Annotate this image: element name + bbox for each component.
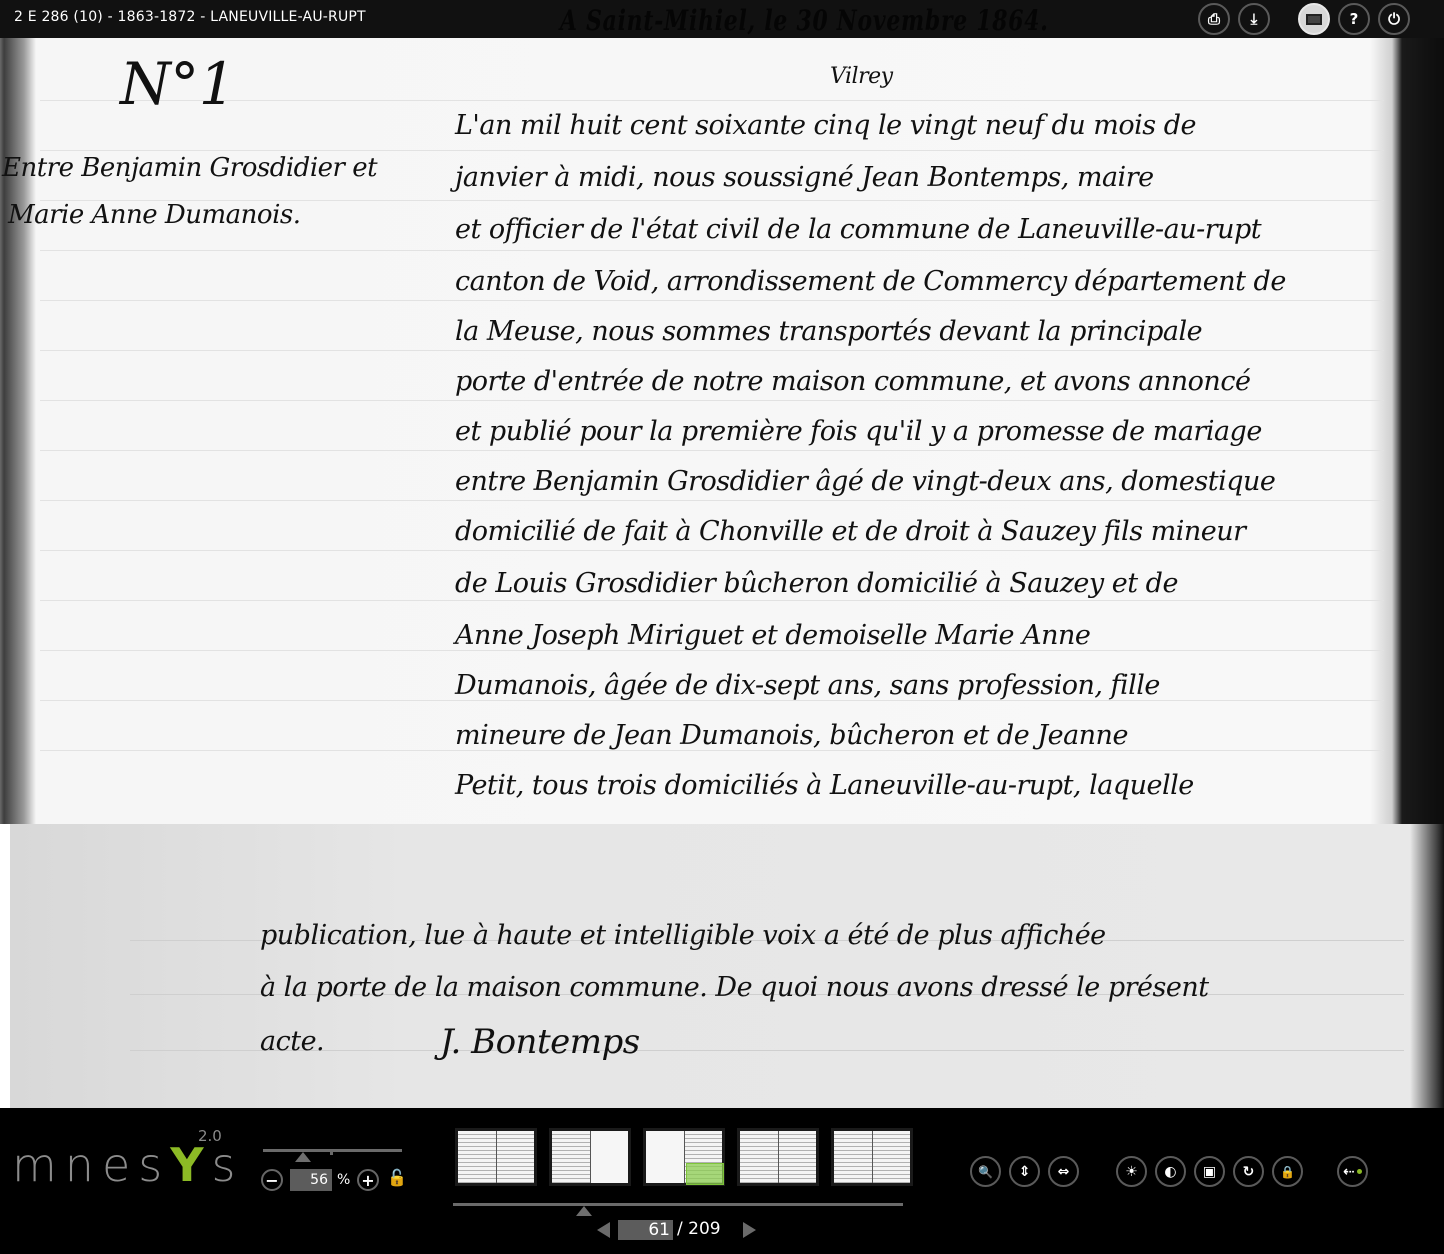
brightness-button[interactable]: ☀ — [1116, 1156, 1147, 1187]
unlock-icon: 🔓 — [387, 1168, 407, 1187]
invert-icon: ▣ — [1203, 1164, 1216, 1180]
thumbnail-page[interactable] — [737, 1128, 819, 1186]
body-line: Petit, tous trois domiciliés à Laneuvill… — [455, 770, 1194, 801]
fit-width-button[interactable]: ⇔ — [1048, 1156, 1079, 1187]
thumbnail-page[interactable] — [549, 1128, 631, 1186]
margin-line: Entre Benjamin Grosdidier et — [2, 153, 377, 183]
zoom-slider-tick — [330, 1149, 333, 1155]
body-line: domicilié de fait à Chonville et de droi… — [455, 516, 1246, 547]
zoom-lock-button[interactable]: 🔓 — [387, 1168, 407, 1187]
minus-icon: − — [265, 1171, 278, 1190]
body-line: de Louis Grosdidier bûcheron domicilié à… — [455, 568, 1178, 599]
page-number-input[interactable] — [618, 1220, 673, 1240]
previous-page-button[interactable] — [597, 1222, 610, 1238]
thumbnail-page[interactable] — [455, 1128, 537, 1186]
body-line: et officier de l'état civil de la commun… — [455, 214, 1261, 245]
fullscreen-button[interactable] — [1298, 3, 1330, 35]
body-line: à la porte de la maison commune. De quoi… — [260, 972, 1209, 1003]
zoom-out-button[interactable]: − — [261, 1169, 283, 1191]
zoom-unit: % — [337, 1172, 350, 1188]
thumbnail-page[interactable] — [831, 1128, 913, 1186]
page-slider-handle[interactable] — [576, 1206, 592, 1216]
invert-button[interactable]: ▣ — [1194, 1156, 1225, 1187]
page-slider[interactable] — [453, 1203, 903, 1206]
document-title: 2 E 286 (10) - 1863-1872 - LANEUVILLE-AU… — [14, 9, 366, 25]
fit-height-icon: ⇕ — [1019, 1164, 1031, 1180]
lock-icon: 🔒 — [1280, 1165, 1295, 1179]
contrast-button[interactable]: ◐ — [1155, 1156, 1186, 1187]
thumbnail-strip — [455, 1128, 913, 1186]
body-line: mineure de Jean Dumanois, bûcheron et de… — [455, 720, 1128, 751]
lock-button[interactable]: 🔒 — [1272, 1156, 1303, 1187]
document-viewport[interactable]: N°1 Entre Benjamin Grosdidier et Marie A… — [0, 38, 1444, 1108]
mnesys-logo: mnesYs — [12, 1138, 244, 1192]
body-line: canton de Void, arrondissement de Commer… — [455, 266, 1286, 297]
document-print-header: A Saint-Mihiel, le 30 Novembre 1864. — [560, 4, 1049, 37]
body-line: la Meuse, nous sommes transportés devant… — [455, 316, 1202, 347]
fullscreen-icon — [1306, 14, 1322, 25]
page-total: / 209 — [677, 1219, 721, 1239]
margin-annotation: Vilrey — [830, 64, 893, 89]
body-line: porte d'entrée de notre maison commune, … — [455, 366, 1250, 397]
rotate-icon: ↻ — [1243, 1164, 1255, 1180]
body-line: et publié pour la première fois qu'il y … — [455, 416, 1262, 447]
rotate-button[interactable]: ↻ — [1233, 1156, 1264, 1187]
body-line: entre Benjamin Grosdidier âgé de vingt-d… — [455, 466, 1275, 497]
body-line: L'an mil huit cent soixante cinq le ving… — [455, 110, 1196, 141]
zoom-area-icon: 🔍 — [978, 1165, 993, 1179]
body-line: Dumanois, âgée de dix-sept ans, sans pro… — [455, 670, 1160, 701]
body-line: publication, lue à haute et intelligible… — [260, 920, 1106, 951]
body-line: acte. — [260, 1026, 324, 1057]
version-label: 2.0 — [198, 1127, 222, 1145]
download-button[interactable]: ⤓ — [1238, 3, 1270, 35]
help-icon: ? — [1350, 10, 1359, 28]
zoom-level-input[interactable] — [290, 1169, 332, 1191]
fit-width-icon: ⇔ — [1058, 1164, 1070, 1180]
zoom-slider-handle[interactable] — [295, 1152, 311, 1162]
thumbnail-page-current[interactable] — [643, 1128, 725, 1186]
zoom-area-button[interactable]: 🔍 — [970, 1156, 1001, 1187]
zoom-in-button[interactable]: + — [357, 1169, 379, 1191]
back-arrow-icon: ⇠ — [1343, 1164, 1355, 1180]
next-page-button[interactable] — [743, 1222, 756, 1238]
power-button[interactable]: ⏻ — [1378, 3, 1410, 35]
act-number: N°1 — [120, 50, 235, 118]
body-line: janvier à midi, nous soussigné Jean Bont… — [455, 162, 1154, 193]
status-dot — [1357, 1169, 1362, 1174]
help-button[interactable]: ? — [1338, 3, 1370, 35]
viewport-gap — [0, 824, 10, 1108]
print-icon: ⎙ — [1208, 10, 1220, 28]
margin-line: Marie Anne Dumanois. — [8, 200, 301, 230]
power-icon: ⏻ — [1388, 10, 1400, 28]
plus-icon: + — [361, 1171, 374, 1190]
title-bar: 2 E 286 (10) - 1863-1872 - LANEUVILLE-AU… — [0, 0, 1444, 38]
brightness-icon: ☀ — [1125, 1164, 1138, 1180]
body-line: Anne Joseph Miriguet et demoiselle Marie… — [455, 620, 1090, 651]
document-image-bottom[interactable]: publication, lue à haute et intelligible… — [10, 824, 1444, 1108]
document-image-top[interactable]: N°1 Entre Benjamin Grosdidier et Marie A… — [0, 38, 1444, 824]
viewport-highlight[interactable] — [686, 1163, 724, 1185]
fit-height-button[interactable]: ⇕ — [1009, 1156, 1040, 1187]
back-button[interactable]: ⇠ — [1337, 1156, 1368, 1187]
contrast-icon: ◐ — [1164, 1164, 1176, 1180]
print-button[interactable]: ⎙ — [1198, 3, 1230, 35]
signature: J. Bontemps — [440, 1022, 640, 1062]
download-icon: ⤓ — [1251, 10, 1258, 28]
